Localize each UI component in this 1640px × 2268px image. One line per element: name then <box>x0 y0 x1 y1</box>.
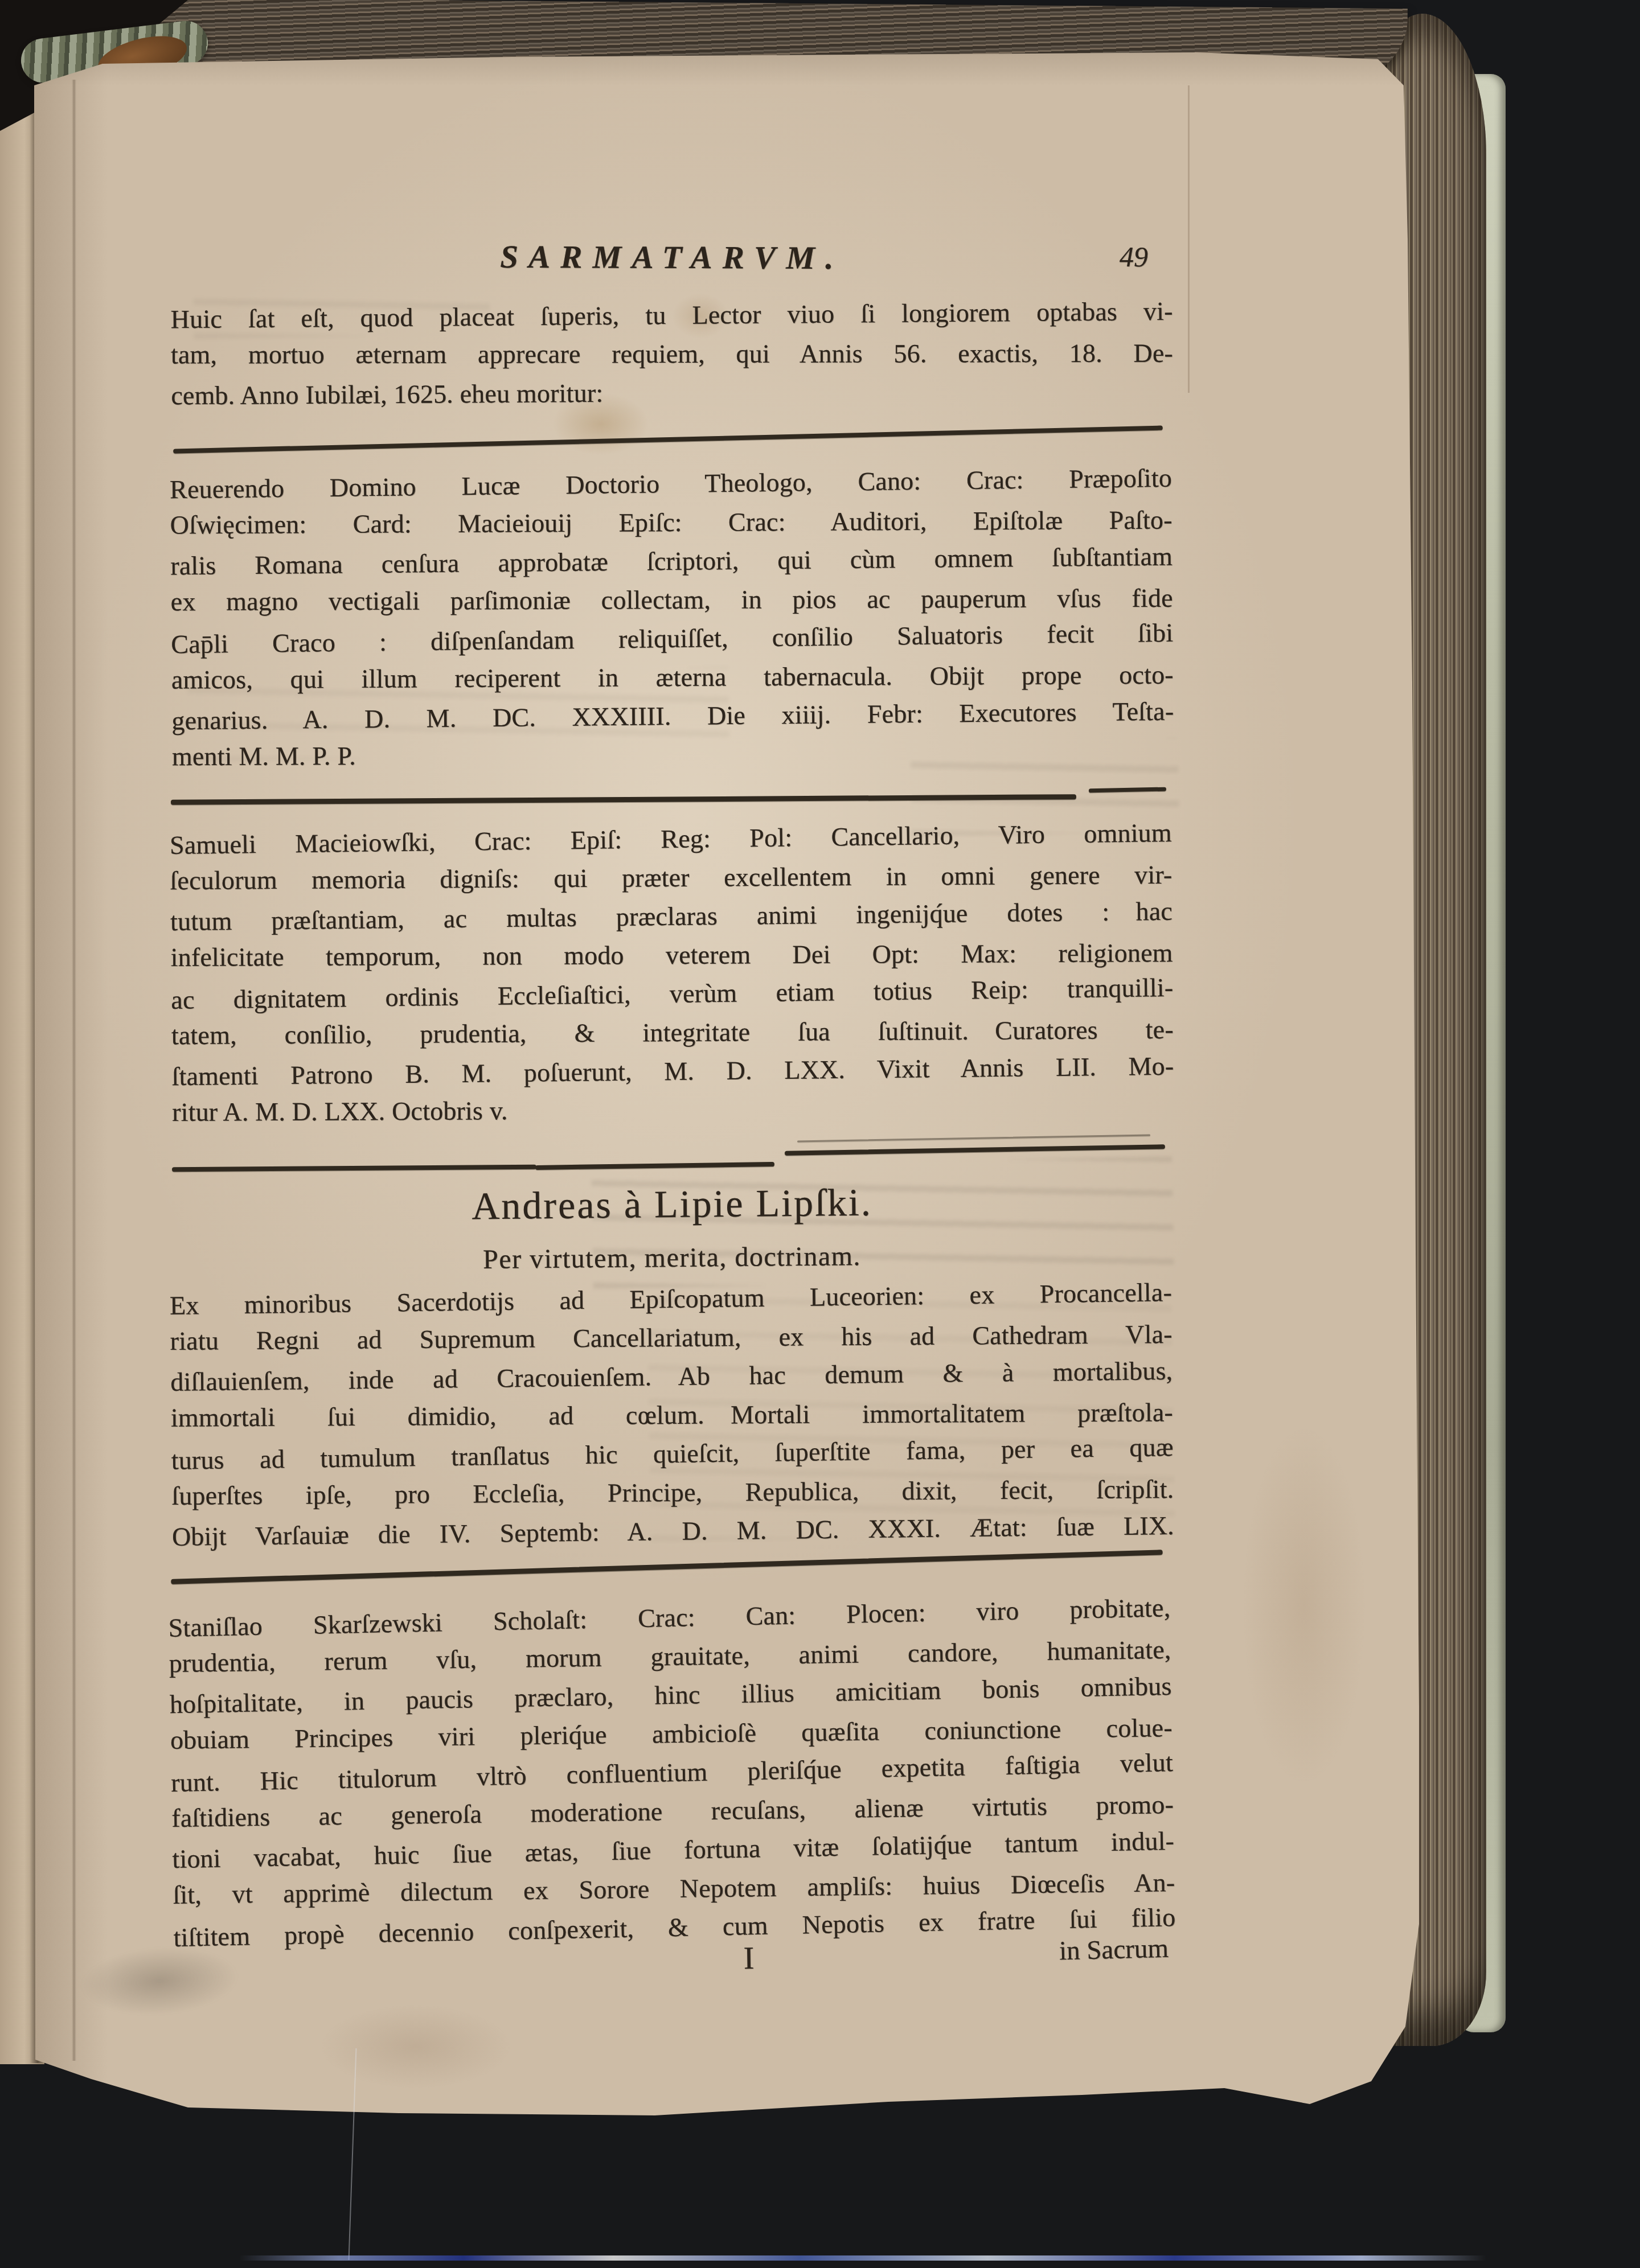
paragraph-epitaph-3: Samueli Macieiowſki, Crac: Epiſ: Reg: Po… <box>170 815 1175 1133</box>
paragraph-epitaph-5: Staniſlao Skarſzewski Scholaſt: Crac: Ca… <box>168 1590 1176 1955</box>
running-header: SARMATARVM. 49 <box>171 239 1173 294</box>
paragraph-epitaph-1: Huic ſat eſt, quod placeat ſuperis, tu L… <box>171 294 1174 414</box>
section-rule-fragment <box>1089 787 1166 793</box>
gathering-signature: I <box>731 1940 766 1977</box>
section-rule <box>172 1165 536 1172</box>
text-line: Huic ſat eſt, quod placeat ſuperis, tu L… <box>170 292 1172 339</box>
scanned-book-page-photo: SARMATARVM. 49 Huic ſat eſt, quod placea… <box>0 0 1640 2268</box>
paper-stain <box>1241 1423 1367 1788</box>
text-line: ritur A. M. D. LXX. Octobris v. <box>172 1088 1174 1132</box>
memorial-heading: Andreas à Lipie Lipſki. <box>171 1177 1174 1232</box>
scan-glitch-line <box>239 2255 1486 2261</box>
text-line: tam, mortuo æternam apprecare requiem, q… <box>171 334 1173 375</box>
paper-scratch <box>1188 85 1190 393</box>
section-rule-echo <box>797 1135 1150 1143</box>
section-rule <box>171 794 1076 805</box>
text-line: genarius. A. D. M. DC. XXXIIII. Die xiii… <box>171 692 1174 741</box>
page-title: SARMATARVM. <box>171 237 1173 278</box>
catchword: in Sacrum <box>1059 1933 1168 1967</box>
text-line: amicos, qui illum reciperent in æterna t… <box>171 656 1174 700</box>
paragraph-epitaph-4: Ex minoribus Sacerdotijs ad Epiſcopatum … <box>170 1275 1174 1556</box>
text-line: ralis Romana cenſura approbatæ ſcriptori… <box>170 537 1173 586</box>
text-line: Oſwięcimen: Card: Macieiouij Epiſc: Crac… <box>170 501 1172 545</box>
text-line: menti M. M. P. P. <box>172 734 1174 776</box>
page-number: 49 <box>1120 240 1148 273</box>
section-rule <box>785 1144 1165 1156</box>
text-block: SARMATARVM. 49 Huic ſat eſt, quod placea… <box>171 0 1173 2268</box>
memorial-motto: Per virtutem, merita, doctrinam. <box>171 1238 1173 1277</box>
text-line: cemb. Anno Iubilæi, 1625. eheu moritur: <box>171 371 1173 416</box>
section-rule <box>173 426 1163 454</box>
paper-crease <box>72 80 76 2061</box>
paragraph-epitaph-2: Reuerendo Domino Lucæ Doctorio Theologo,… <box>170 461 1174 778</box>
section-rule <box>535 1162 774 1170</box>
section-rule <box>171 1550 1163 1584</box>
